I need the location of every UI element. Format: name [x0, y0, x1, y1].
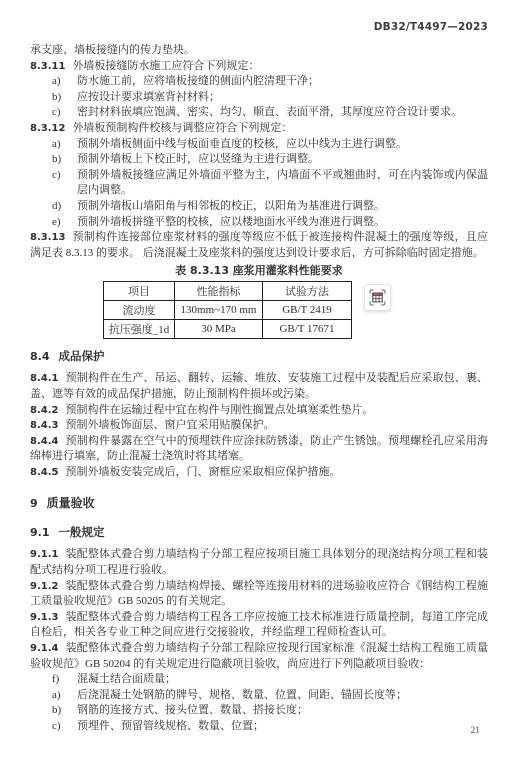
section-title: 成品保护	[59, 349, 105, 363]
clause-9-1-1: 9.1.1装配整体式叠合剪力墙结构子分部工程应按项目施工具体划分的现浇结构分项工…	[30, 547, 488, 578]
list-item-text: 预制外墙板上下校正时，应以竖缝为主进行调整。	[77, 152, 488, 168]
list-item: a)防水施工前，应将墙板接缝的侧面内腔清理干净；	[30, 74, 488, 90]
list-item: f)混凝土结合面质量；	[30, 672, 488, 688]
table-row: 抗压强度_1d 30 MPa GB/T 17671	[104, 320, 352, 339]
clause-8-3-13: 8.3.13预制构件连接部位座浆材料的强度等级应不低于被连接构件混凝土的强度等级…	[30, 230, 488, 261]
table-header-cell: 性能指标	[175, 282, 263, 301]
clause-text: 预制外墙板安装完成后，门、窗框应采取相应保护措施。	[65, 466, 340, 478]
list-item: a)后浇混凝土处钢筋的牌号、规格、数量、位置、间距、锚固长度等；	[30, 688, 488, 704]
doc-code: DB32/T4497—2023	[374, 21, 488, 33]
table-cell: GB/T 2419	[263, 301, 352, 320]
clause-number: 8.3.11	[30, 61, 65, 72]
clause-number: 9.1.2	[30, 581, 58, 592]
list-item-label: e)	[52, 215, 77, 231]
grout-performance-table: 项目 性能指标 试验方法 流动度 130mm~170 mm GB/T 2419 …	[103, 281, 352, 339]
clause-text: 预制构件暴露在空气中的预埋铁件应涂抹防锈漆，防止产生锈蚀。预埋螺栓孔应采用海绵棒…	[30, 435, 488, 463]
table-caption: 表 8.3.13 座浆用灌浆料性能要求	[30, 263, 488, 278]
list-item-label: a)	[52, 688, 77, 704]
list-item-label: f)	[52, 672, 77, 688]
table-cell: 抗压强度_1d	[104, 320, 175, 339]
clause-9-1-4: 9.1.4装配整体式叠合剪力墙结构子分部工程除应按现行国家标准《混凝土结构工程施…	[30, 641, 488, 672]
clause-text: 装配整体式叠合剪力墙结构子分部工程除应按现行国家标准《混凝土结构工程施工质量验收…	[30, 642, 488, 670]
list-item-label: a)	[52, 74, 77, 90]
list-item-text: 预制外墙板山墙阳角与相邻板的校正，以阳角为基准进行调整。	[77, 199, 488, 215]
section-title: 一般规定	[59, 525, 105, 539]
list-item: b)应按设计要求填塞背衬材料；	[30, 90, 488, 106]
clause-number: 8.4.5	[30, 467, 58, 478]
chapter-number: 9	[30, 497, 38, 510]
list-item-text: 预制外墙板拼缝平整的校核，应以楼地面水平线为准进行调整。	[77, 215, 488, 231]
list-item: c)预埋件、预留管线规格、数量、位置；	[30, 719, 488, 735]
list-item-label: c)	[52, 168, 77, 199]
list-item-label: b)	[52, 152, 77, 168]
clause-text: 装配整体式叠合剪力墙结构焊接、螺栓等连接用材料的进场验收应符合《钢结构工程施工质…	[30, 580, 488, 608]
list-item-label: c)	[52, 719, 77, 735]
list-item-text: 预制外墙板接缝应满足外墙面平整为主，内墙面不平或翘曲时，可在内装饰或内保温层内调…	[77, 168, 488, 199]
list-item-label: b)	[52, 703, 77, 719]
table-cell: 流动度	[104, 301, 175, 320]
section-heading-8-4: 8.4成品保护	[30, 348, 488, 365]
section-number: 8.4	[30, 350, 50, 363]
clause-8-4-1: 8.4.1预制构件在生产、吊运、翻转、运输、堆放、安装施工过程中及装配后应采取包…	[30, 371, 488, 402]
clause-text: 预制构件连接部位座浆材料的强度等级应不低于被连接构件混凝土的强度等级，且应满足表…	[30, 231, 488, 259]
list-item-text: 应按设计要求填塞背衬材料；	[77, 90, 488, 106]
clause-text: 外墙板预制构件校核与调整应符合下列规定：	[72, 122, 292, 134]
list-item-label: c)	[52, 105, 77, 121]
table-header-cell: 项目	[104, 282, 175, 301]
document-page: DB32/T4497—2023 承支座、墙板接缝内的传力垫块。 8.3.11外墙…	[0, 0, 518, 765]
chapter-title: 质量验收	[47, 496, 95, 510]
list-item-text: 密封材料嵌填应饱满、密实、均匀、顺直、表面平滑，其厚度应符合设计要求。	[77, 105, 488, 121]
list-item: b)预制外墙板上下校正时，应以竖缝为主进行调整。	[30, 152, 488, 168]
list-item-label: d)	[52, 199, 77, 215]
clause-number: 8.3.13	[30, 232, 65, 243]
clause-9-1-2: 9.1.2装配整体式叠合剪力墙结构焊接、螺栓等连接用材料的进场验收应符合《钢结构…	[30, 579, 488, 610]
clause-text: 预制构件在生产、吊运、翻转、运输、堆放、安装施工过程中及装配后应采取包、裹、盖、…	[30, 372, 488, 400]
clause-number: 9.1.1	[30, 549, 58, 560]
table-header-cell: 试验方法	[263, 282, 352, 301]
list-item: c)密封材料嵌填应饱满、密实、均匀、顺直、表面平滑，其厚度应符合设计要求。	[30, 105, 488, 121]
table-cell: GB/T 17671	[263, 320, 352, 339]
list-item-text: 预制外墙板侧面中线与板面垂直度的校核，应以中线为主进行调整。	[77, 137, 488, 153]
clause-number: 8.4.2	[30, 405, 58, 416]
clause-8-3-12: 8.3.12外墙板预制构件校核与调整应符合下列规定：	[30, 121, 488, 137]
clause-8-4-5: 8.4.5预制外墙板安装完成后，门、窗框应采取相应保护措施。	[30, 465, 488, 481]
clause-text: 外墙板接缝防水施工应符合下列规定：	[72, 60, 259, 72]
clause-8-4-2: 8.4.2预制构件在运输过程中宜在构件与刚性搁置点处填塞柔性垫片。	[30, 403, 488, 419]
table-row: 流动度 130mm~170 mm GB/T 2419	[104, 301, 352, 320]
clause-text: 装配整体式叠合剪力墙结构工程各工序应按施工技术标准进行质量控制，每道工序完成自检…	[30, 611, 488, 639]
chapter-heading-9: 9质量验收	[30, 495, 488, 512]
clause-number: 8.3.12	[30, 123, 65, 134]
clause-number: 9.1.3	[30, 612, 58, 623]
clause-number: 8.4.3	[30, 420, 58, 431]
clause-text: 预制外墙板饰面层、窗户宜采用贴膜保护。	[65, 419, 274, 431]
table-select-icon	[367, 287, 388, 308]
paragraph-continuation: 承支座、墙板接缝内的传力垫块。	[30, 43, 488, 59]
clause-8-3-11: 8.3.11外墙板接缝防水施工应符合下列规定：	[30, 59, 488, 75]
clause-number: 9.1.4	[30, 643, 58, 654]
list-item-text: 预埋件、预留管线规格、数量、位置；	[77, 719, 488, 735]
clause-9-1-3: 9.1.3装配整体式叠合剪力墙结构工程各工序应按施工技术标准进行质量控制，每道工…	[30, 610, 488, 641]
table-tool-button[interactable]	[364, 284, 391, 311]
page-content: 承支座、墙板接缝内的传力垫块。 8.3.11外墙板接缝防水施工应符合下列规定： …	[30, 43, 488, 735]
page-number: 21	[471, 726, 481, 736]
section-heading-9-1: 9.1一般规定	[30, 524, 488, 541]
list-item-label: b)	[52, 90, 77, 106]
clause-text: 预制构件在运输过程中宜在构件与刚性搁置点处填塞柔性垫片。	[65, 404, 373, 416]
clause-text: 装配整体式叠合剪力墙结构子分部工程应按项目施工具体划分的现浇结构分项工程和装配式…	[30, 548, 488, 576]
list-item: e)预制外墙板拼缝平整的校核，应以楼地面水平线为准进行调整。	[30, 215, 488, 231]
list-item-text: 钢筋的连接方式、接头位置、数量、搭接长度；	[77, 703, 488, 719]
section-number: 9.1	[30, 526, 50, 539]
table-header-row: 项目 性能指标 试验方法	[104, 282, 352, 301]
list-item-text: 后浇混凝土处钢筋的牌号、规格、数量、位置、间距、锚固长度等；	[77, 688, 488, 704]
list-item: d)预制外墙板山墙阳角与相邻板的校正，以阳角为基准进行调整。	[30, 199, 488, 215]
clause-8-4-4: 8.4.4预制构件暴露在空气中的预埋铁件应涂抹防锈漆，防止产生锈蚀。预埋螺栓孔应…	[30, 434, 488, 465]
clause-8-4-3: 8.4.3预制外墙板饰面层、窗户宜采用贴膜保护。	[30, 418, 488, 434]
table-cell: 130mm~170 mm	[175, 301, 263, 320]
clause-number: 8.4.1	[30, 373, 58, 384]
list-item: b)钢筋的连接方式、接头位置、数量、搭接长度；	[30, 703, 488, 719]
table-block: 表 8.3.13 座浆用灌浆料性能要求 项目 性能指标 试验方法 流动度 130…	[30, 263, 488, 339]
list-item-text: 防水施工前，应将墙板接缝的侧面内腔清理干净；	[77, 74, 488, 90]
list-item-label: a)	[52, 137, 77, 153]
list-item-text: 混凝土结合面质量；	[77, 672, 488, 688]
table-cell: 30 MPa	[175, 320, 263, 339]
list-item: a)预制外墙板侧面中线与板面垂直度的校核，应以中线为主进行调整。	[30, 137, 488, 153]
clause-number: 8.4.4	[30, 436, 58, 447]
list-item: c)预制外墙板接缝应满足外墙面平整为主，内墙面不平或翘曲时，可在内装饰或内保温层…	[30, 168, 488, 199]
